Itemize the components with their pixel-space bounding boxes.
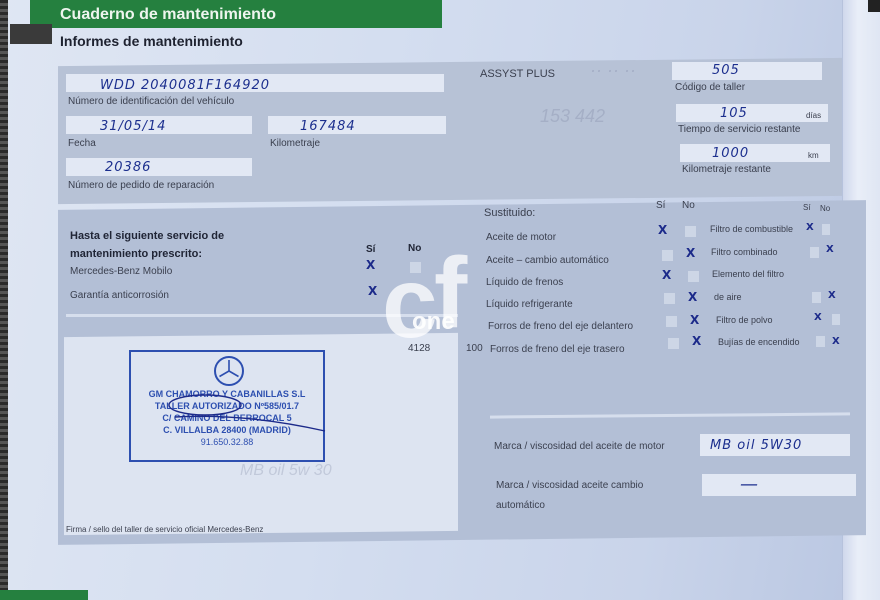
signature-caption: Firma / sello del taller de servicio ofi…	[66, 525, 263, 534]
vin-label: Número de identificación del vehículo	[68, 96, 234, 107]
yes-checkbox-brake-fluid[interactable]: X	[662, 268, 671, 282]
remaining-km-unit: km	[808, 151, 819, 160]
section-header: Cuaderno de mantenimiento	[30, 0, 442, 28]
order-value: 20386	[105, 160, 151, 175]
remaining-km-label: Kilometraje restante	[682, 164, 771, 175]
bleed-through-text: MB oil 5w 30	[240, 462, 332, 480]
page-subtitle: Informes de mantenimiento	[60, 33, 243, 49]
bleed-through-text: ·· ·· ··	[590, 60, 636, 81]
replaced-item-label: Aceite – cambio automático	[486, 255, 609, 266]
next-service-no-header: No	[408, 243, 421, 254]
no-checkbox-mobilo[interactable]	[410, 262, 421, 273]
replaced-item-label: Elemento del filtro	[712, 269, 784, 279]
replaced-item-label: Líquido de frenos	[486, 277, 563, 288]
no-checkbox-fuel-filter[interactable]	[822, 224, 830, 235]
replaced-heading: Sustituido:	[484, 207, 535, 219]
order-label: Número de pedido de reparación	[68, 180, 214, 191]
yes-checkbox-rear-brake-pads[interactable]	[668, 338, 679, 349]
mileage-field[interactable]	[268, 116, 446, 134]
no-checkbox-rear-brake-pads[interactable]: X	[692, 334, 701, 348]
remaining-time-value: 105	[720, 106, 748, 121]
replaced-no-header-right: No	[820, 204, 830, 213]
yes-checkbox-mobilo[interactable]: X	[366, 258, 375, 272]
yes-checkbox-coolant[interactable]	[664, 293, 675, 304]
yes-checkbox-dust-filter[interactable]: X	[814, 312, 822, 323]
no-checkbox-spark-plugs[interactable]: X	[832, 336, 840, 347]
auto-oil-field[interactable]	[702, 474, 856, 496]
next-service-item-label: Mercedes-Benz Mobilo	[70, 266, 172, 277]
mileage-value: 167484	[300, 119, 356, 134]
date-value: 31/05/14	[100, 119, 166, 134]
auto-oil-label-2: automático	[496, 500, 545, 511]
replaced-item-label: Aceite de motor	[486, 232, 556, 243]
auto-oil-value: —	[740, 474, 758, 495]
remaining-time-label: Tiempo de servicio restante	[678, 124, 800, 135]
next-service-heading-2: mantenimiento prescrito:	[70, 248, 202, 260]
order-field[interactable]	[66, 158, 252, 176]
yes-checkbox-air-filter[interactable]	[812, 292, 821, 303]
replaced-item-label: Forros de freno del eje trasero	[490, 344, 625, 355]
no-checkbox-brake-fluid[interactable]	[688, 271, 699, 282]
remaining-time-unit: días	[806, 111, 821, 120]
yes-checkbox-front-brake-pads[interactable]	[666, 316, 677, 327]
assyst-title: ASSYST PLUS	[480, 68, 555, 80]
replaced-item-label: de aire	[714, 292, 742, 302]
next-service-heading-1: Hasta el siguiente servicio de	[70, 230, 224, 242]
section-title: Cuaderno de mantenimiento	[60, 6, 276, 23]
workshop-code-label: Código de taller	[675, 82, 745, 93]
remaining-km-value: 1000	[712, 146, 749, 161]
replaced-item-label: Bujías de encendido	[718, 337, 800, 347]
next-service-yes-header: Sí	[366, 244, 375, 255]
header-tab	[10, 24, 52, 44]
yes-checkbox-anticorrosion[interactable]: X	[368, 284, 377, 298]
next-service-item-label: Garantía anticorrosión	[70, 290, 169, 301]
yes-checkbox-combined-filter[interactable]	[810, 247, 819, 258]
no-checkbox-engine-oil[interactable]	[685, 226, 696, 237]
yes-checkbox-spark-plugs[interactable]	[816, 336, 825, 347]
mercedes-star-icon	[214, 356, 244, 386]
engine-oil-label: Marca / viscosidad del aceite de motor	[494, 441, 665, 452]
signature-scribble	[165, 385, 330, 435]
bleed-through-text: 153 442	[540, 106, 605, 127]
date-label: Fecha	[68, 138, 96, 149]
no-checkbox-air-filter[interactable]: X	[828, 290, 836, 301]
yes-checkbox-auto-trans-oil[interactable]	[662, 250, 673, 261]
replaced-yes-header: Sí	[656, 200, 665, 211]
engine-oil-value: MB oil 5W30	[710, 438, 802, 453]
workshop-code-value: 505	[712, 63, 740, 78]
replaced-item-label: Filtro de polvo	[716, 315, 773, 325]
replaced-item-label: Líquido refrigerante	[486, 299, 573, 310]
replaced-item-label: Filtro de combustible	[710, 224, 793, 234]
workshop-code-field[interactable]	[672, 62, 822, 80]
no-checkbox-auto-trans-oil[interactable]: X	[686, 246, 695, 260]
page-number-tab	[0, 590, 88, 600]
auto-oil-label-1: Marca / viscosidad aceite cambio	[496, 480, 643, 491]
replaced-item-label: Filtro combinado	[711, 247, 778, 257]
vin-value: WDD 2040081F164920	[100, 78, 270, 93]
book-spine	[0, 0, 8, 600]
yes-checkbox-fuel-filter[interactable]: X	[806, 222, 814, 233]
no-checkbox-dust-filter[interactable]	[832, 314, 840, 325]
yes-checkbox-engine-oil[interactable]: X	[658, 223, 667, 237]
divider	[66, 314, 458, 317]
no-checkbox-combined-filter[interactable]: X	[826, 244, 834, 255]
no-checkbox-front-brake-pads[interactable]: X	[690, 313, 699, 327]
replaced-no-header: No	[682, 200, 695, 211]
no-checkbox-coolant[interactable]: X	[688, 290, 697, 304]
replaced-yes-header-right: Sí	[803, 203, 811, 212]
stamp-line-phone: 91.650.32.88	[131, 436, 323, 448]
replaced-item-label: Forros de freno del eje delantero	[488, 321, 633, 332]
mileage-label: Kilometraje	[270, 138, 320, 149]
